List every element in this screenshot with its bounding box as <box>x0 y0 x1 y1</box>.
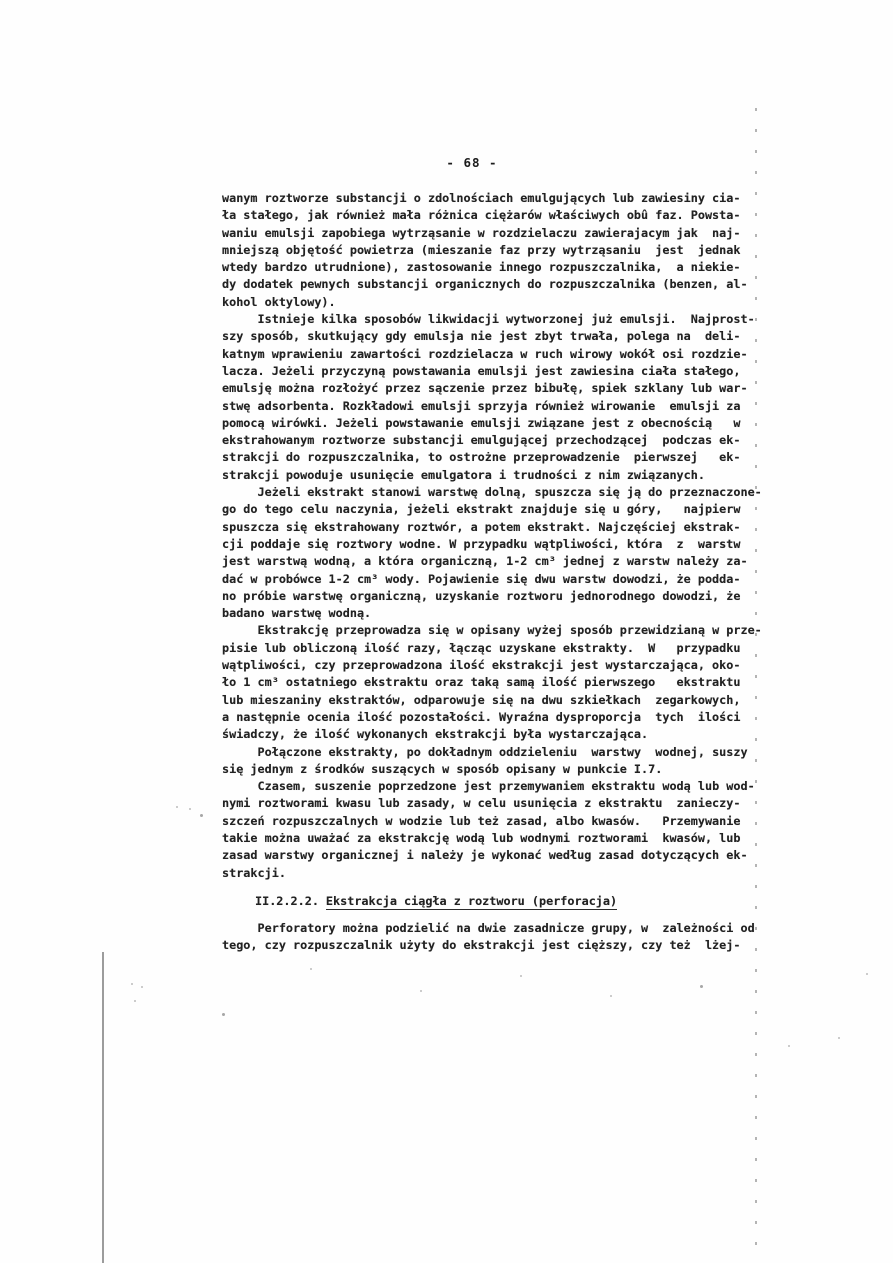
scan-speck <box>131 983 133 985</box>
scan-speck <box>420 990 422 992</box>
paragraph: Ekstrakcję przeprowadza się w opisany wy… <box>222 622 788 743</box>
paragraph: Czasem, suszenie poprzedzone jest przemy… <box>222 778 788 882</box>
scan-speck <box>310 968 312 970</box>
text-column: wanym roztworze substancji o zdolnościac… <box>222 190 788 955</box>
scan-speck <box>788 1045 790 1047</box>
scan-speck <box>520 975 522 977</box>
scan-speck <box>222 1013 225 1016</box>
scan-speck <box>610 995 612 997</box>
scan-artifact-left-edge-line <box>102 952 104 1263</box>
scan-speck <box>700 985 703 988</box>
section-heading: II.2.2.2.Ekstrakcja ciągła z roztworu (p… <box>222 893 788 910</box>
scan-speck <box>141 986 143 988</box>
scan-speck <box>866 973 868 975</box>
scan-speck <box>838 1037 840 1039</box>
page-number: - 68 - <box>222 155 722 170</box>
scan-speck <box>200 814 203 817</box>
scan-speck <box>189 808 191 810</box>
scan-speck <box>176 806 178 808</box>
paragraph: Połączone ekstrakty, po dokładnym oddzie… <box>222 744 788 779</box>
paragraph: Jeżeli ekstrakt stanowi warstwę dolną, s… <box>222 484 788 622</box>
scan-artifact-right-dashed-line <box>755 108 757 1258</box>
paragraph: Perforatory można podzielić na dwie zasa… <box>222 920 788 955</box>
section-number: II.2.2.2. <box>255 894 319 908</box>
scan-speck <box>134 1000 136 1002</box>
paragraph-continuation: wanym roztworze substancji o zdolnościac… <box>222 190 788 311</box>
scanned-document-page: - 68 - wanym roztworze substancji o zdol… <box>0 0 893 1263</box>
paragraph: Istnieje kilka sposobów likwidacji wytwo… <box>222 311 788 484</box>
section-title: Ekstrakcja ciągła z roztworu (perforacja… <box>326 894 617 910</box>
